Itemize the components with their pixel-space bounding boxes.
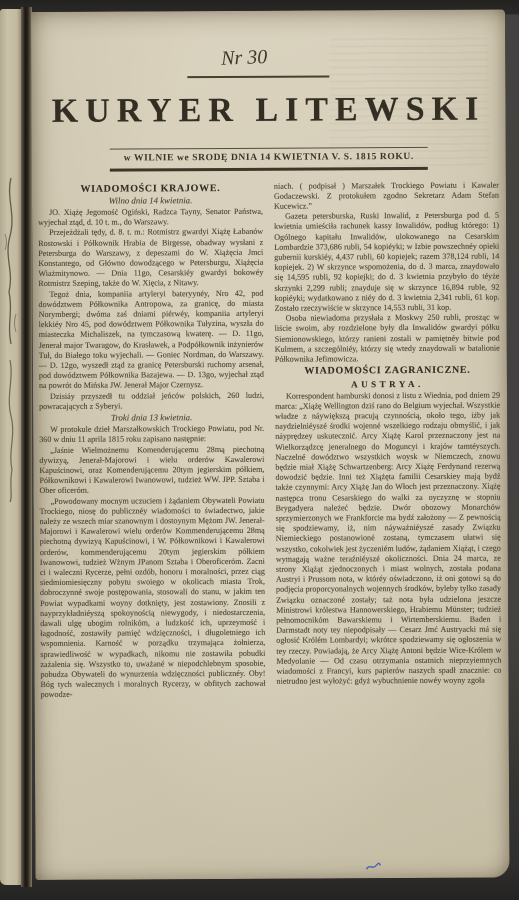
- newspaper-page: Nr 30 KURYER LITEWSKI w WILNIE we SRODĘ …: [31, 10, 510, 880]
- troki-dateline: Troki dnia 13 kwietnia.: [39, 412, 264, 423]
- article-paragraph: Dzisiáy przyszedł tu oddział jeńców pols…: [39, 390, 264, 412]
- article-paragraph: Osoba niewiadoma przysłała z Moskwy 250 …: [275, 313, 500, 365]
- article-paragraph: Korrespondent hamburski donosi z listu z…: [275, 390, 502, 687]
- right-column: niach. ( podpisał ) Marszałek Trockiego …: [274, 180, 502, 699]
- article-paragraph: „Powodowany mocnym uczuciem i żądaniem O…: [40, 495, 266, 700]
- article-paragraph: W protokule dzieł Marszałkowskich Trocki…: [39, 424, 264, 446]
- section-heading-foreign: WIADOMOŚCI ZAGRANICZNE.: [275, 366, 500, 377]
- left-column: WIADOMOŚCI KRAJOWE. Wilno dnia 14 kwietn…: [38, 181, 266, 700]
- handwriting-marks-icon: [1, 174, 20, 504]
- article-paragraph: Tegoż dnia, kompaniia artyleryi bateryyn…: [38, 288, 264, 391]
- article-paragraph: Gazeta petersburska, Ruski Inwalid, z Pe…: [274, 211, 500, 314]
- article-paragraph: JO. Xiążę Jegomość Ogiński, Radzca Tayny…: [38, 207, 263, 229]
- article-paragraph: „Jaśnie Wielmożnemu Komenderującemu 28mą…: [39, 444, 264, 496]
- issue-divider-rule: [187, 75, 329, 78]
- article-columns: WIADOMOŚCI KRAJOWE. Wilno dnia 14 kwietn…: [32, 169, 509, 701]
- article-paragraph: Przejeżdżali tędy, d. 8. t. m.: Rotmistr…: [38, 227, 263, 289]
- adjacent-page-edge: [0, 9, 21, 885]
- page-crease-shadow: [21, 7, 32, 887]
- section-heading-domestic: WIADOMOŚCI KRAJOWE.: [38, 183, 263, 194]
- ink-mark-icon: [365, 862, 381, 871]
- subsection-heading-austria: AUSTRYA.: [275, 379, 500, 390]
- wilno-dateline: Wilno dnia 14 kwietnia.: [38, 194, 263, 205]
- article-paragraph: niach. ( podpisał ) Marszałek Trockiego …: [274, 180, 499, 212]
